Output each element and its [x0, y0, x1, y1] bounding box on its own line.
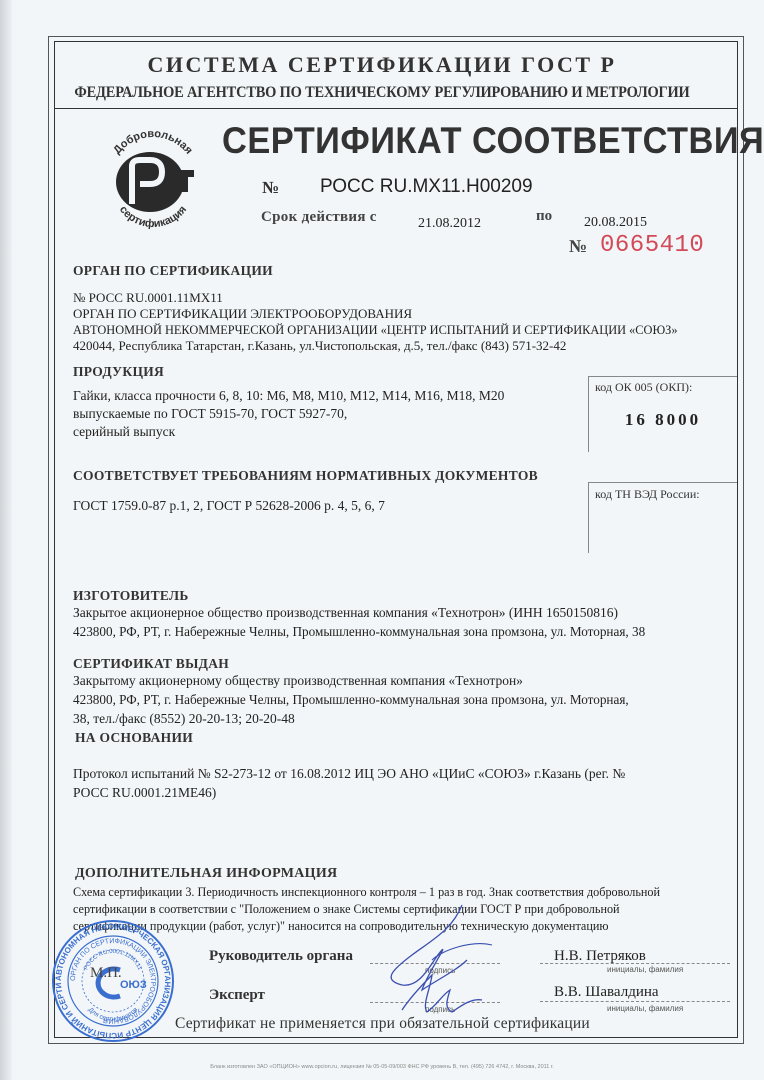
- tnved-code-box: код ТН ВЭД России:: [588, 482, 737, 553]
- name-caption: инициалы, фамилия: [607, 965, 683, 974]
- okp-label: код ОК 005 (ОКП):: [595, 380, 692, 395]
- valid-to: 20.08.2015: [584, 215, 647, 231]
- handwritten-signature-icon: [372, 900, 522, 1020]
- basis-line: Протокол испытаний № S2-273-12 от 16.08.…: [73, 766, 625, 782]
- serial-label: №: [569, 236, 587, 257]
- header-divider: [54, 108, 738, 109]
- body-line: 420044, Республика Татарстан, г.Казань, …: [73, 338, 566, 354]
- system-title: СИСТЕМА СЕРТИФИКАЦИИ ГОСТ Р: [0, 52, 764, 78]
- valid-from: 21.08.2012: [418, 216, 481, 232]
- serial-number: 0665410: [600, 232, 704, 259]
- section-title-certification-body: ОРГАН ПО СЕРТИФИКАЦИИ: [73, 263, 273, 279]
- okp-value: 16 8000: [589, 410, 737, 430]
- validity-label: Срок действия с: [261, 209, 377, 226]
- tnved-label: код ТН ВЭД России:: [595, 487, 700, 502]
- agency-name: ФЕДЕРАЛЬНОЕ АГЕНТСТВО ПО ТЕХНИЧЕСКОМУ РЕ…: [27, 84, 738, 102]
- section-title-product: ПРОДУКЦИЯ: [73, 364, 164, 380]
- expert-name: В.В. Шавалдина: [554, 984, 659, 1001]
- manufacturer-line: Закрытое акционерное общество производст…: [73, 605, 618, 621]
- basis-line: РОСС RU.0001.21МЕ46): [73, 785, 216, 801]
- section-title-additional-info: ДОПОЛНИТЕЛЬНАЯ ИНФОРМАЦИЯ: [75, 866, 337, 882]
- section-title-conformity: СООТВЕТСТВУЕТ ТРЕБОВАНИЯМ НОРМАТИВНЫХ ДО…: [73, 468, 538, 484]
- issued-to-line: 38, тел./факс (8552) 20-20-13; 20-20-48: [73, 711, 295, 727]
- body-line: АВТОНОМНОЙ НЕКОММЕРЧЕСКОЙ ОРГАНИЗАЦИИ «Ц…: [73, 322, 678, 338]
- head-name-line: [540, 963, 730, 964]
- stamp-center-text: ОЮЗ: [120, 979, 147, 991]
- certificate-title: СЕРТИФИКАТ СООТВЕТСТВИЯ: [222, 120, 764, 162]
- okp-code-box: код ОК 005 (ОКП): 16 8000: [588, 376, 737, 452]
- issued-to-line: 423800, РФ, РТ, г. Набережные Челны, Про…: [73, 692, 629, 708]
- paper-edge: [0, 0, 12, 1080]
- manufacturer-line: 423800, РФ, РТ, г. Набережные Челны, Про…: [73, 624, 645, 640]
- additional-line: Схема сертификации 3. Периодичность инсп…: [73, 885, 660, 900]
- section-title-basis: НА ОСНОВАНИИ: [75, 730, 193, 746]
- seal-place-label: М.П.: [90, 965, 122, 982]
- disclaimer: Сертификат не применяется при обязательн…: [175, 1015, 590, 1033]
- body-line: № РОСС RU.0001.11MX11: [73, 290, 223, 306]
- svg-text:Для сертификатов: Для сертификатов: [87, 1006, 140, 1023]
- section-title-issued-to: СЕРТИФИКАТ ВЫДАН: [73, 656, 229, 672]
- issued-to-line: Закрытому акционерному обществу производ…: [73, 673, 523, 689]
- section-title-manufacturer: ИЗГОТОВИТЕЛЬ: [73, 588, 189, 604]
- rst-voluntary-certification-logo-icon: Добровольная сертификация: [98, 124, 208, 234]
- stamp-bottom-text: Для сертификатов: [87, 1006, 140, 1023]
- expert-name-line: [540, 1001, 730, 1002]
- product-line: Гайки, класса прочности 6, 8, 10: М6, М8…: [73, 388, 504, 404]
- footer-print-info: Бланк изготовлен ЗАО «ОПЦИОН» www.opcion…: [0, 1064, 764, 1070]
- product-line: серийный выпуск: [73, 424, 175, 440]
- certificate-number: РОСС RU.MX11.H00209: [320, 176, 533, 198]
- conformity-standards: ГОСТ 1759.0-87 р.1, 2, ГОСТ Р 52628-2006…: [73, 498, 385, 514]
- product-line: выпускаемые по ГОСТ 5915-70, ГОСТ 5927-7…: [73, 406, 347, 422]
- head-of-body-label: Руководитель органа: [209, 948, 353, 965]
- expert-label: Эксперт: [209, 987, 265, 1004]
- name-caption: инициалы, фамилия: [607, 1004, 683, 1013]
- body-line: ОРГАН ПО СЕРТИФИКАЦИИ ЭЛЕКТРООБОРУДОВАНИ…: [73, 306, 412, 322]
- valid-to-label: по: [536, 208, 552, 225]
- certificate-number-label: №: [262, 178, 279, 198]
- additional-line: сертификации в соответствии с "Положение…: [73, 902, 620, 917]
